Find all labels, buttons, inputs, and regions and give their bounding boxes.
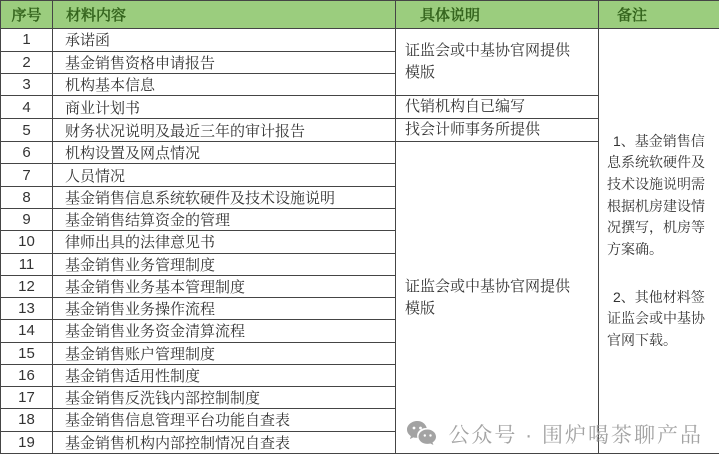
row-number-cell: 9	[1, 208, 53, 230]
material-cell: 基金销售业务操作流程	[53, 298, 396, 320]
header-row: 序号 材料内容 具体说明 备注	[1, 1, 719, 29]
row-number-cell: 8	[1, 186, 53, 208]
row-number-cell: 7	[1, 164, 53, 186]
row-number-cell: 1	[1, 29, 53, 51]
material-cell: 律师出具的法律意见书	[53, 231, 396, 253]
material-cell: 商业计划书	[53, 96, 396, 119]
material-cell: 基金销售信息系统软硬件及技术设施说明	[53, 186, 396, 208]
material-cell: 基金销售账户管理制度	[53, 342, 396, 364]
material-cell: 机构基本信息	[53, 73, 396, 95]
row-number-cell: 15	[1, 342, 53, 364]
row-number-cell: 18	[1, 409, 53, 431]
remark-cell: 1、基金销售信息系统软硬件及技术设施说明需根据机房建设情况撰写，机房等方案确。 …	[599, 29, 719, 454]
row-number-cell: 3	[1, 73, 53, 95]
explanation-cell-rows-6-19: 证监会或中基协官网提供 模版	[396, 142, 599, 454]
row-number-cell: 16	[1, 364, 53, 386]
material-cell: 基金销售结算资金的管理	[53, 208, 396, 230]
row-number-cell: 12	[1, 275, 53, 297]
material-cell: 基金销售业务管理制度	[53, 253, 396, 275]
row-number-cell: 5	[1, 119, 53, 142]
material-cell: 机构设置及网点情况	[53, 142, 396, 164]
material-cell: 基金销售业务资金清算流程	[53, 320, 396, 342]
material-cell: 承诺函	[53, 29, 396, 51]
row-number-cell: 10	[1, 231, 53, 253]
explanation-cell-rows-1-3: 证监会或中基协官网提供 模版	[396, 29, 599, 96]
explanation-cell-row-4: 代销机构自已编写	[396, 96, 599, 119]
explanation-cell-row-5: 找会计师事务所提供	[396, 119, 599, 142]
table-row: 1 承诺函 证监会或中基协官网提供 模版 1、基金销售信息系统软硬件及技术设施说…	[1, 29, 719, 51]
row-number-cell: 17	[1, 387, 53, 409]
header-explanation: 具体说明	[396, 1, 599, 29]
materials-table: 序号 材料内容 具体说明 备注 1 承诺函 证监会或中基协官网提供 模版 1、基…	[0, 0, 719, 454]
explanation-line: 证监会或中基协官网提供	[405, 276, 594, 298]
material-cell: 基金销售反洗钱内部控制制度	[53, 387, 396, 409]
remark-paragraph-1: 1、基金销售信息系统软硬件及技术设施说明需根据机房建设情况撰写，机房等方案确。	[607, 131, 712, 261]
header-remark: 备注	[599, 1, 719, 29]
remark-paragraph-2: 2、其他材料签证监会或中基协官网下载。	[607, 287, 712, 352]
header-no: 序号	[1, 1, 53, 29]
explanation-line: 模版	[405, 298, 594, 320]
material-cell: 财务状况说明及最近三年的审计报告	[53, 119, 396, 142]
material-cell: 基金销售资格申请报告	[53, 51, 396, 73]
material-cell: 基金销售业务基本管理制度	[53, 275, 396, 297]
row-number-cell: 14	[1, 320, 53, 342]
material-cell: 人员情况	[53, 164, 396, 186]
material-cell: 基金销售适用性制度	[53, 364, 396, 386]
row-number-cell: 13	[1, 298, 53, 320]
explanation-line: 证监会或中基协官网提供	[405, 40, 594, 62]
row-number-cell: 6	[1, 142, 53, 164]
explanation-line: 模版	[405, 62, 594, 84]
document-page: 序号 材料内容 具体说明 备注 1 承诺函 证监会或中基协官网提供 模版 1、基…	[0, 0, 719, 461]
material-cell: 基金销售信息管理平台功能自查表	[53, 409, 396, 431]
material-cell: 基金销售机构内部控制情况自查表	[53, 431, 396, 453]
row-number-cell: 11	[1, 253, 53, 275]
row-number-cell: 2	[1, 51, 53, 73]
header-material: 材料内容	[53, 1, 396, 29]
row-number-cell: 4	[1, 96, 53, 119]
row-number-cell: 19	[1, 431, 53, 453]
